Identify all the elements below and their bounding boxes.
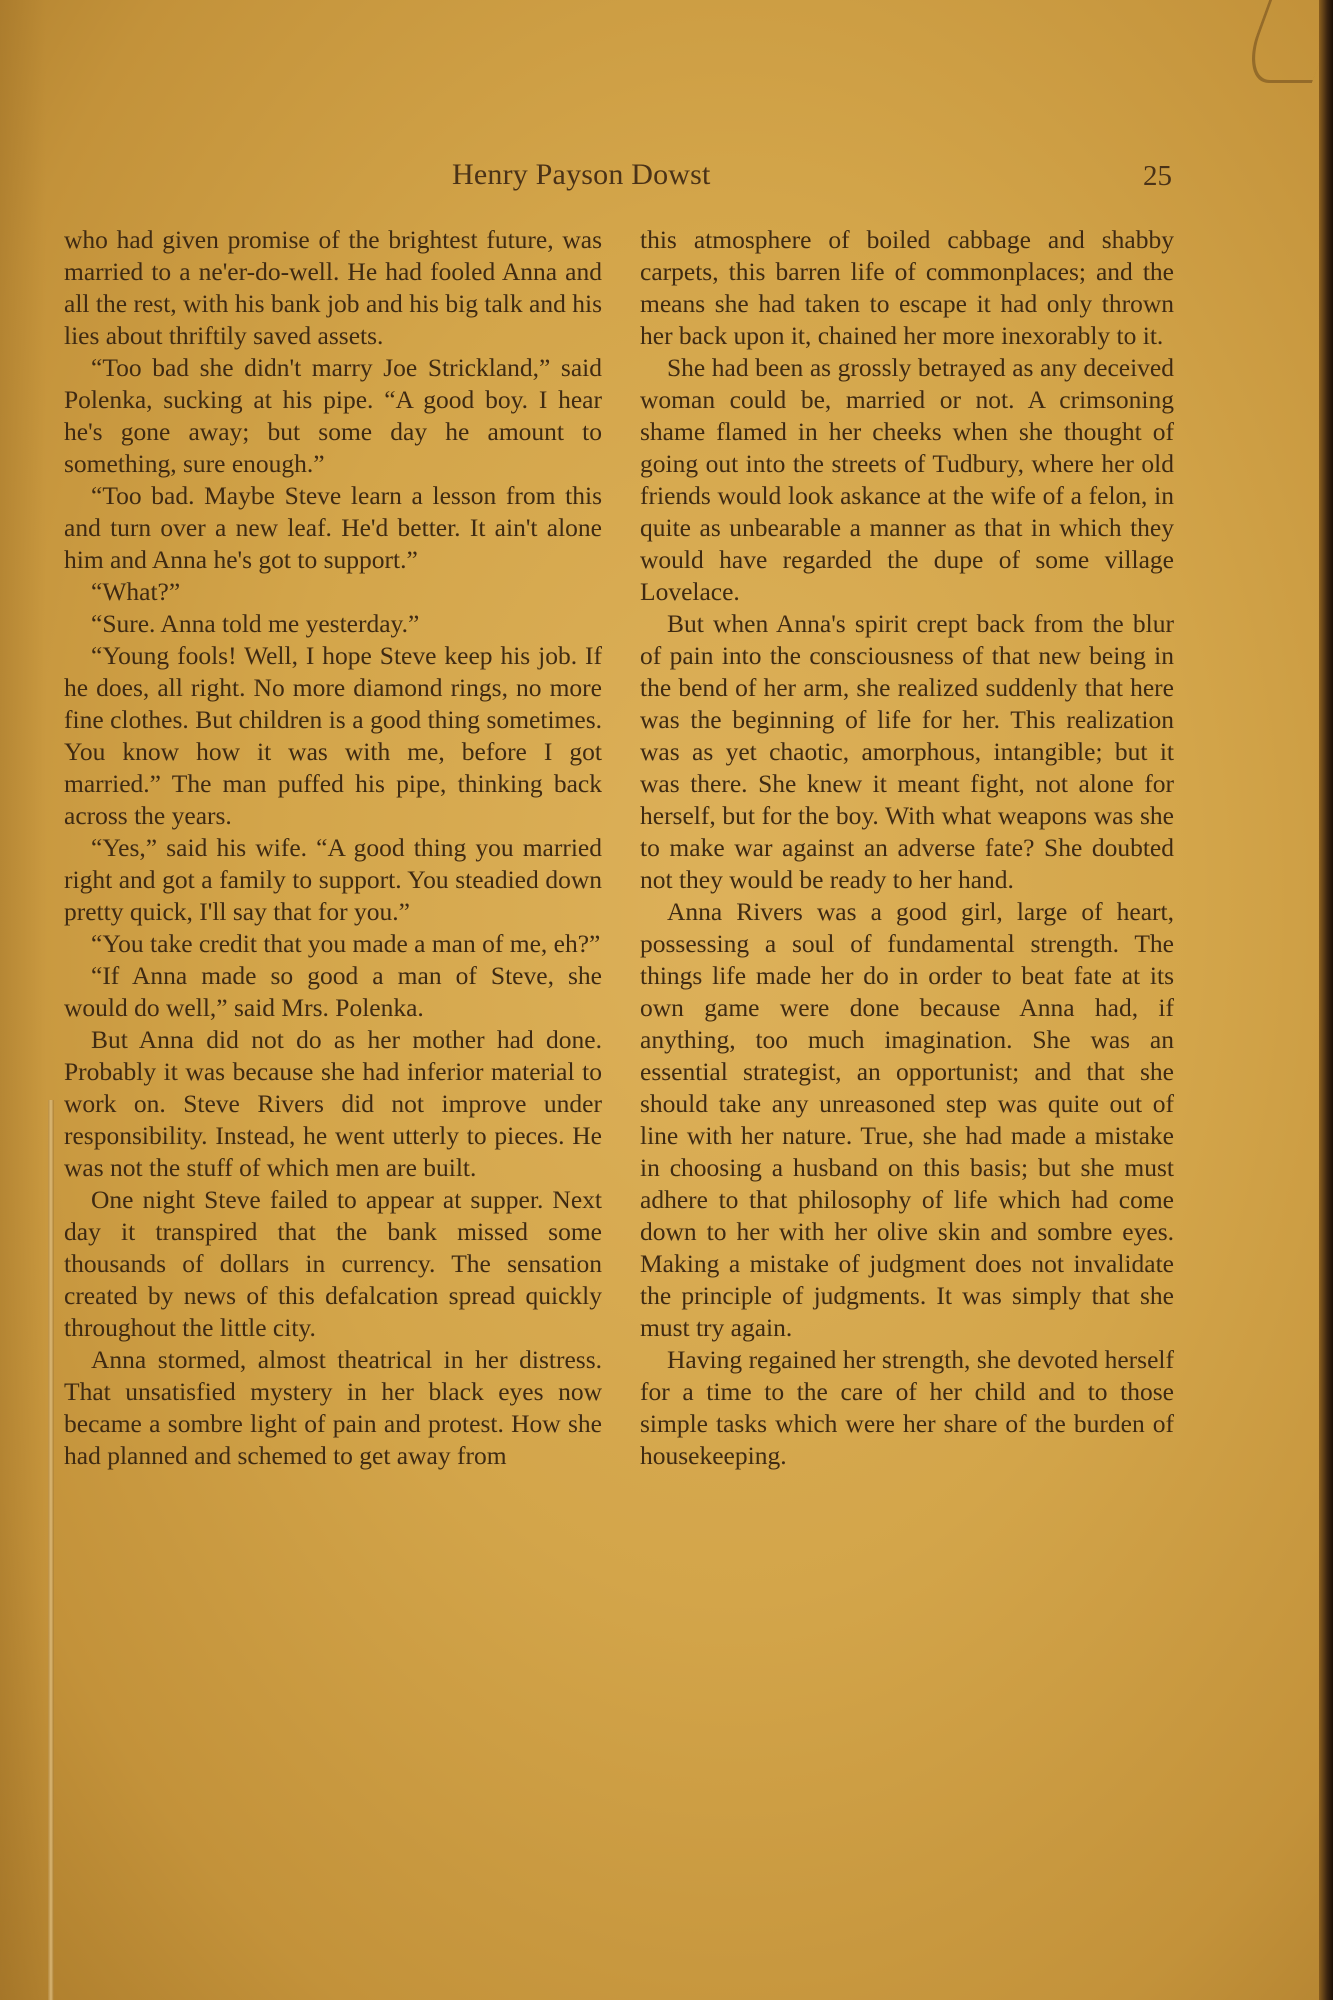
page-header: Henry Payson Dowst 25 xyxy=(452,158,1172,198)
paragraph: “If Anna made so good a man of Steve, sh… xyxy=(64,960,602,1024)
paragraph: Anna Rivers was a good girl, large of he… xyxy=(640,896,1174,1344)
book-page: Henry Payson Dowst 25 who had given prom… xyxy=(0,0,1333,2000)
paragraph: “Sure. Anna told me yesterday.” xyxy=(64,608,602,640)
left-column: who had given promise of the brightest f… xyxy=(64,224,602,1472)
paragraph: “Too bad she didn't marry Joe Strickland… xyxy=(64,352,602,480)
paragraph: Anna stormed, almost theatrical in her d… xyxy=(64,1344,602,1472)
running-head: Henry Payson Dowst xyxy=(452,158,711,192)
paragraph: She had been as grossly betrayed as any … xyxy=(640,352,1174,608)
page-number: 25 xyxy=(1143,160,1172,193)
paragraph: “Young fools! Well, I hope Steve keep hi… xyxy=(64,640,602,832)
binding-shadow xyxy=(0,0,46,2000)
paragraph: “You take credit that you made a man of … xyxy=(64,928,602,960)
paragraph: But Anna did not do as her mother had do… xyxy=(64,1024,602,1184)
paragraph: “Yes,” said his wife. “A good thing you … xyxy=(64,832,602,928)
paragraph: who had given promise of the brightest f… xyxy=(64,224,602,352)
paragraph: One night Steve failed to appear at supp… xyxy=(64,1184,602,1344)
paragraph: But when Anna's spirit crept back from t… xyxy=(640,608,1174,896)
paragraph: Having regained her strength, she devote… xyxy=(640,1344,1174,1472)
paragraph: “Too bad. Maybe Steve learn a lesson fro… xyxy=(64,480,602,576)
paragraph: this atmosphere of boiled cabbage and sh… xyxy=(640,224,1174,352)
right-column: this atmosphere of boiled cabbage and sh… xyxy=(640,224,1174,1472)
binding-fold xyxy=(48,1100,54,2000)
paragraph: “What?” xyxy=(64,576,602,608)
page-edge xyxy=(1319,0,1333,2000)
